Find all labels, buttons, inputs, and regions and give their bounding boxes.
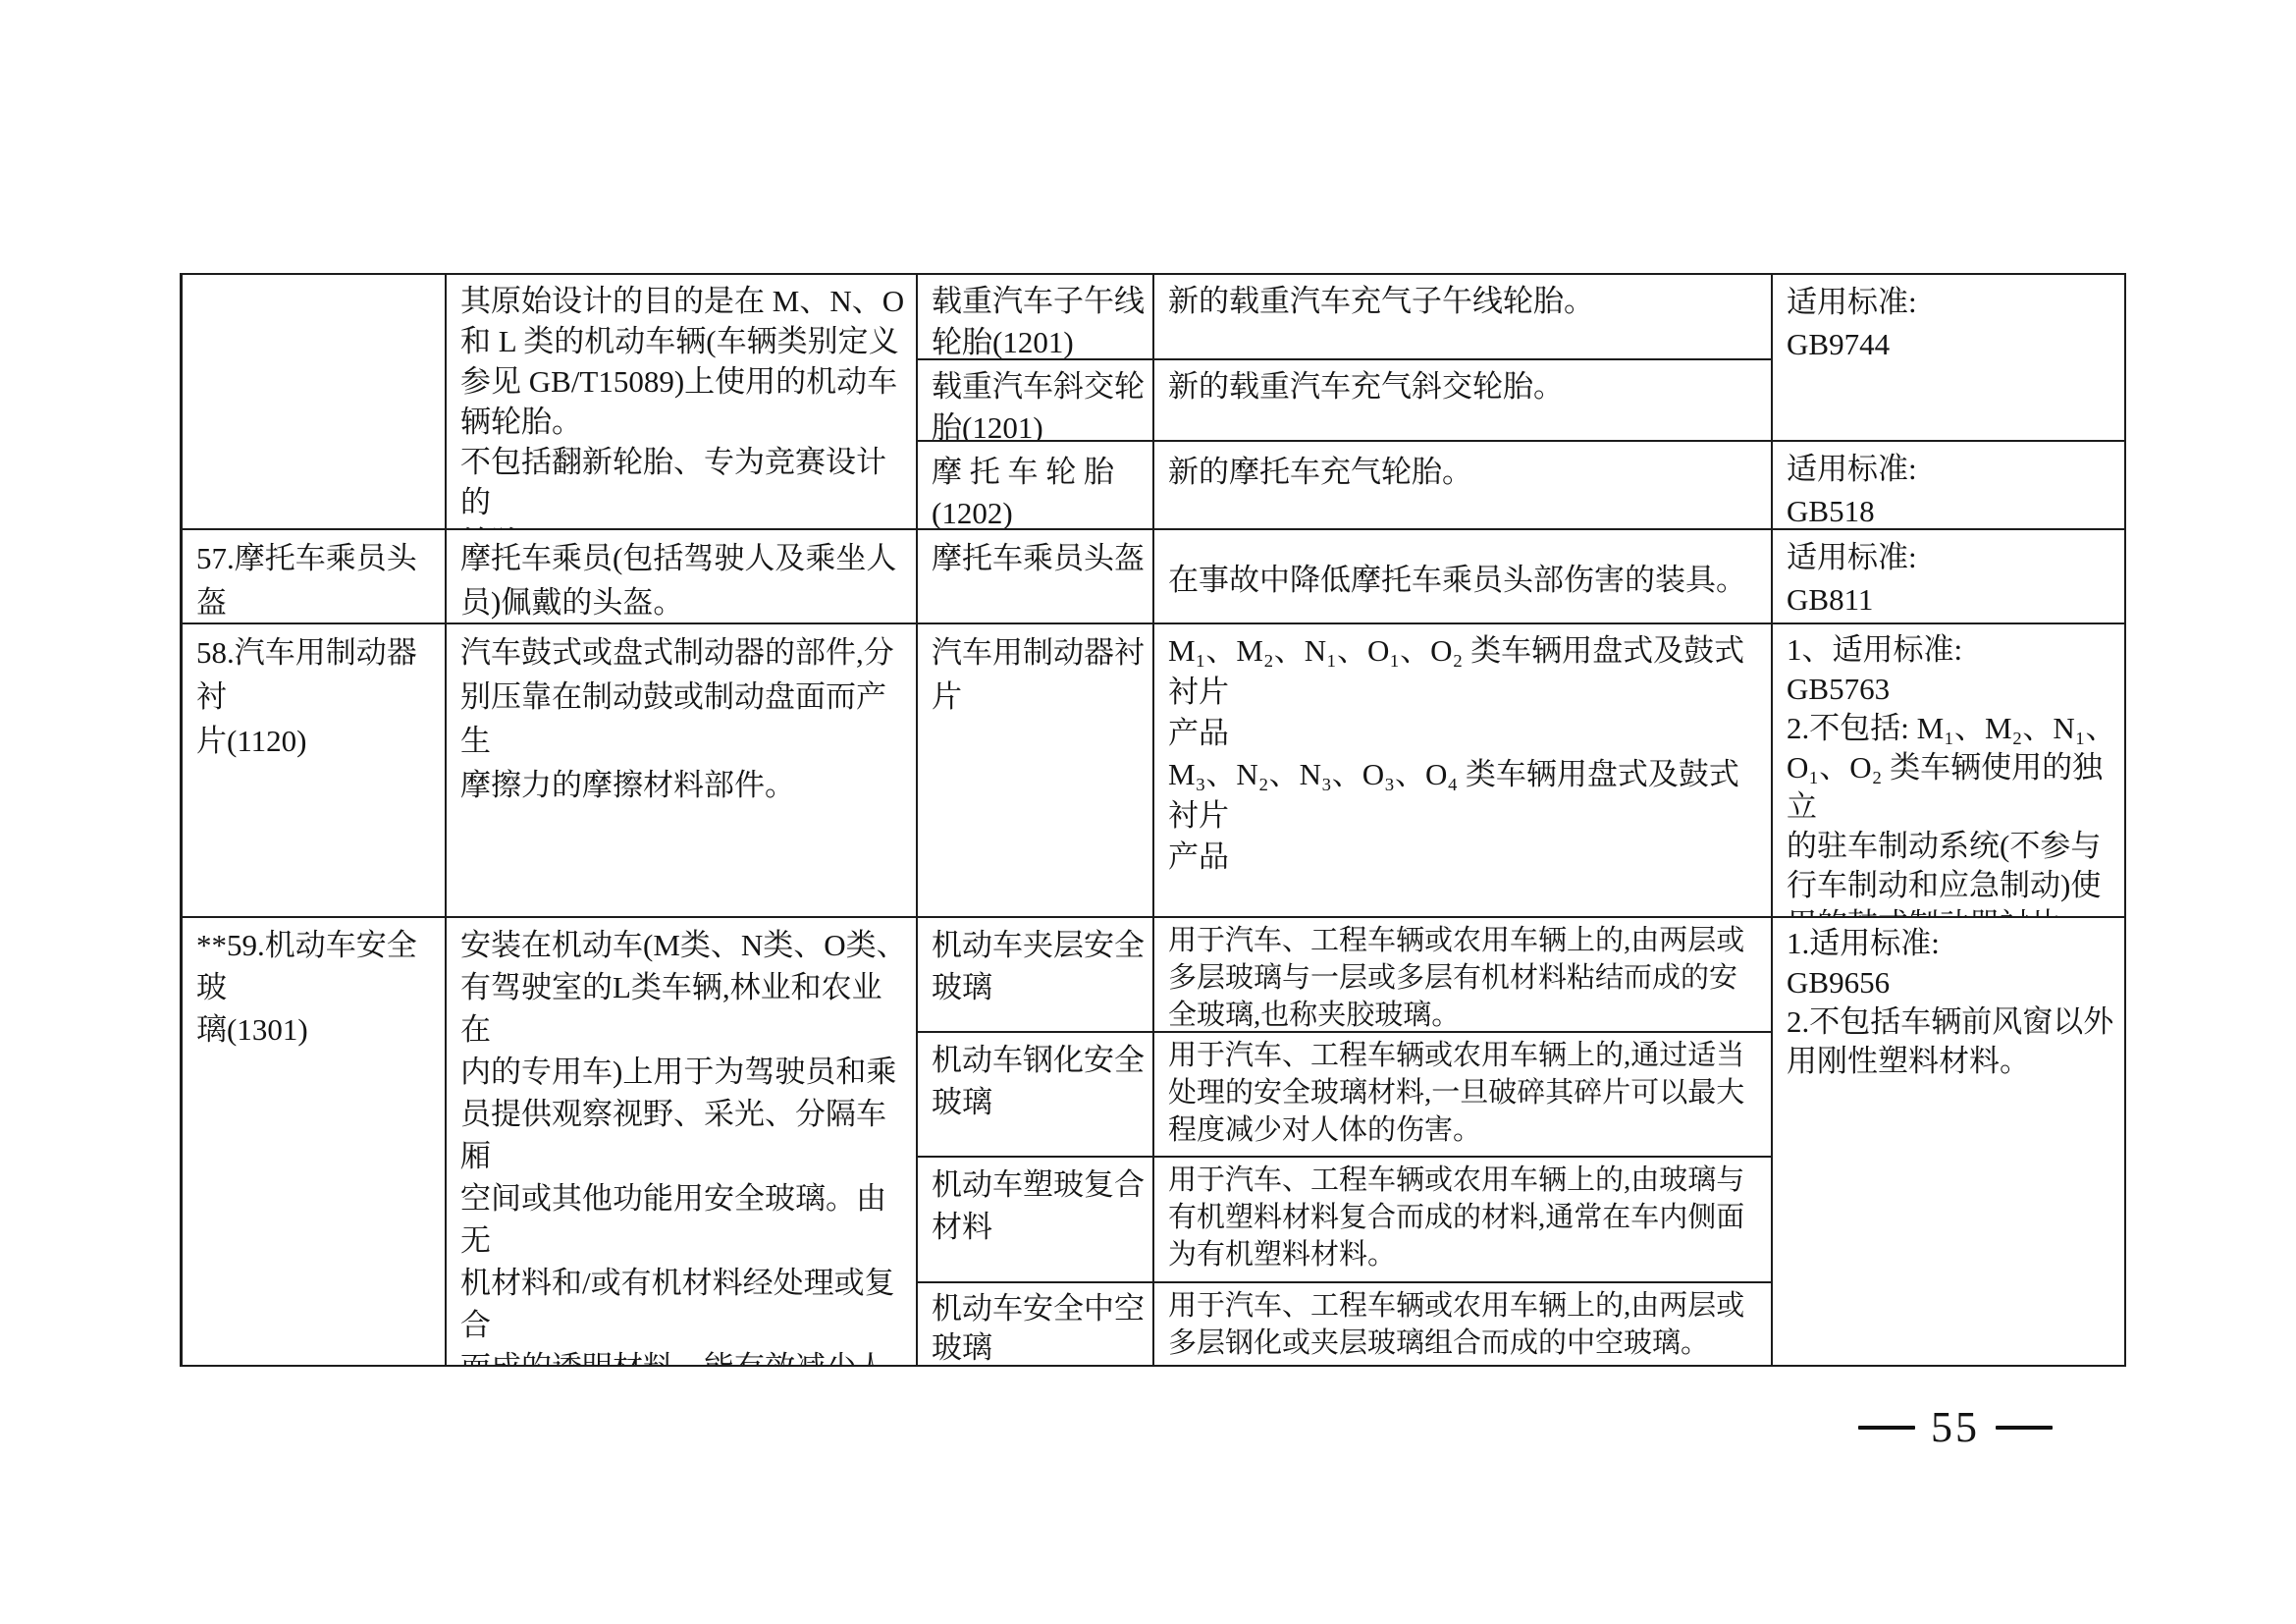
item56-name-cell-empty — [183, 275, 447, 530]
item57-name-cell: 57.摩托车乘员头盔 (1105) — [183, 530, 447, 624]
subitem-radial-tire-name: 载重汽车子午线 轮胎(1201) — [918, 275, 1154, 360]
item57-description-cell: 摩托车乘员(包括驾驶人及乘坐人 员)佩戴的头盔。 — [447, 530, 918, 624]
standard-gb9656-cell: 1.适用标准: GB9656 2.不包括车辆前风窗以外 用刚性塑料材料。 — [1773, 918, 2126, 1367]
item58-name-cell: 58.汽车用制动器衬 片(1120) — [183, 624, 447, 918]
subitem-tempered-glass-desc: 用于汽车、工程车辆或农用车辆上的,通过适当 处理的安全玻璃材料,一旦破碎其碎片可… — [1154, 1033, 1773, 1158]
item57-subdesc-cell: 在事故中降低摩托车乘员头部伤害的装具。 — [1154, 530, 1773, 624]
subitem-tempered-glass-name: 机动车钢化安全 玻璃 — [918, 1033, 1154, 1158]
document-page: 其原始设计的目的是在 M、N、O 和 L 类的机动车辆(车辆类别定义 参见 GB… — [0, 0, 2296, 1624]
page-number-left-dash — [1858, 1426, 1915, 1430]
subitem-laminated-glass-desc: 用于汽车、工程车辆或农用车辆上的,由两层或 多层玻璃与一层或多层有机材料粘结而成… — [1154, 918, 1773, 1033]
standards-table: 其原始设计的目的是在 M、N、O 和 L 类的机动车辆(车辆类别定义 参见 GB… — [180, 273, 2126, 1367]
page-number-right-dash — [1996, 1426, 2053, 1430]
subitem-insulated-glass-name: 机动车安全中空 玻璃 — [918, 1283, 1154, 1367]
item57-subname-cell: 摩托车乘员头盔 — [918, 530, 1154, 624]
page-number: 55 — [1931, 1406, 1980, 1449]
standard-gb9744-cell: 适用标准: GB9744 — [1773, 275, 2126, 442]
subitem-insulated-glass-desc: 用于汽车、工程车辆或农用车辆上的,由两层或 多层钢化或夹层玻璃组合而成的中空玻璃… — [1154, 1283, 1773, 1367]
item58-description-cell: 汽车鼓式或盘式制动器的部件,分 别压靠在制动鼓或制动盘面而产生 摩擦力的摩擦材料… — [447, 624, 918, 918]
item58-subdesc-cell: M₁、M₂、N₁、O₁、O₂ 类车辆用盘式及鼓式衬片 产品 M₃、N₂、N₃、O… — [1154, 624, 1773, 918]
item59-name-cell: **59.机动车安全玻 璃(1301) — [183, 918, 447, 1367]
item58-subname-cell: 汽车用制动器衬 片 — [918, 624, 1154, 918]
standard-gb811-cell: 适用标准: GB811 — [1773, 530, 2126, 624]
standard-gb518-cell: 适用标准: GB518 — [1773, 442, 2126, 530]
subitem-glass-plastic-desc: 用于汽车、工程车辆或农用车辆上的,由玻璃与 有机塑料材料复合而成的材料,通常在车… — [1154, 1158, 1773, 1283]
page-footer: 55 — [1858, 1406, 2053, 1449]
item59-description-cell: 安装在机动车(M类、N类、O类、 有驾驶室的L类车辆,林业和农业在 内的专用车)… — [447, 918, 918, 1367]
item56-description-cell: 其原始设计的目的是在 M、N、O 和 L 类的机动车辆(车辆类别定义 参见 GB… — [447, 275, 918, 530]
subitem-motorcycle-tire-name: 摩 托 车 轮 胎 (1202) — [918, 442, 1154, 530]
subitem-laminated-glass-name: 机动车夹层安全 玻璃 — [918, 918, 1154, 1033]
subitem-bias-tire-name: 载重汽车斜交轮 胎(1201) — [918, 360, 1154, 442]
subitem-bias-tire-desc: 新的载重汽车充气斜交轮胎。 — [1154, 360, 1773, 442]
subitem-motorcycle-tire-desc: 新的摩托车充气轮胎。 — [1154, 442, 1773, 530]
subitem-glass-plastic-name: 机动车塑玻复合 材料 — [918, 1158, 1154, 1283]
subitem-radial-tire-desc: 新的载重汽车充气子午线轮胎。 — [1154, 275, 1773, 360]
standard-gb5763-cell: 1、适用标准: GB5763 2.不包括: M₁、M₂、N₁、 O₁、O₂ 类车… — [1773, 624, 2126, 918]
